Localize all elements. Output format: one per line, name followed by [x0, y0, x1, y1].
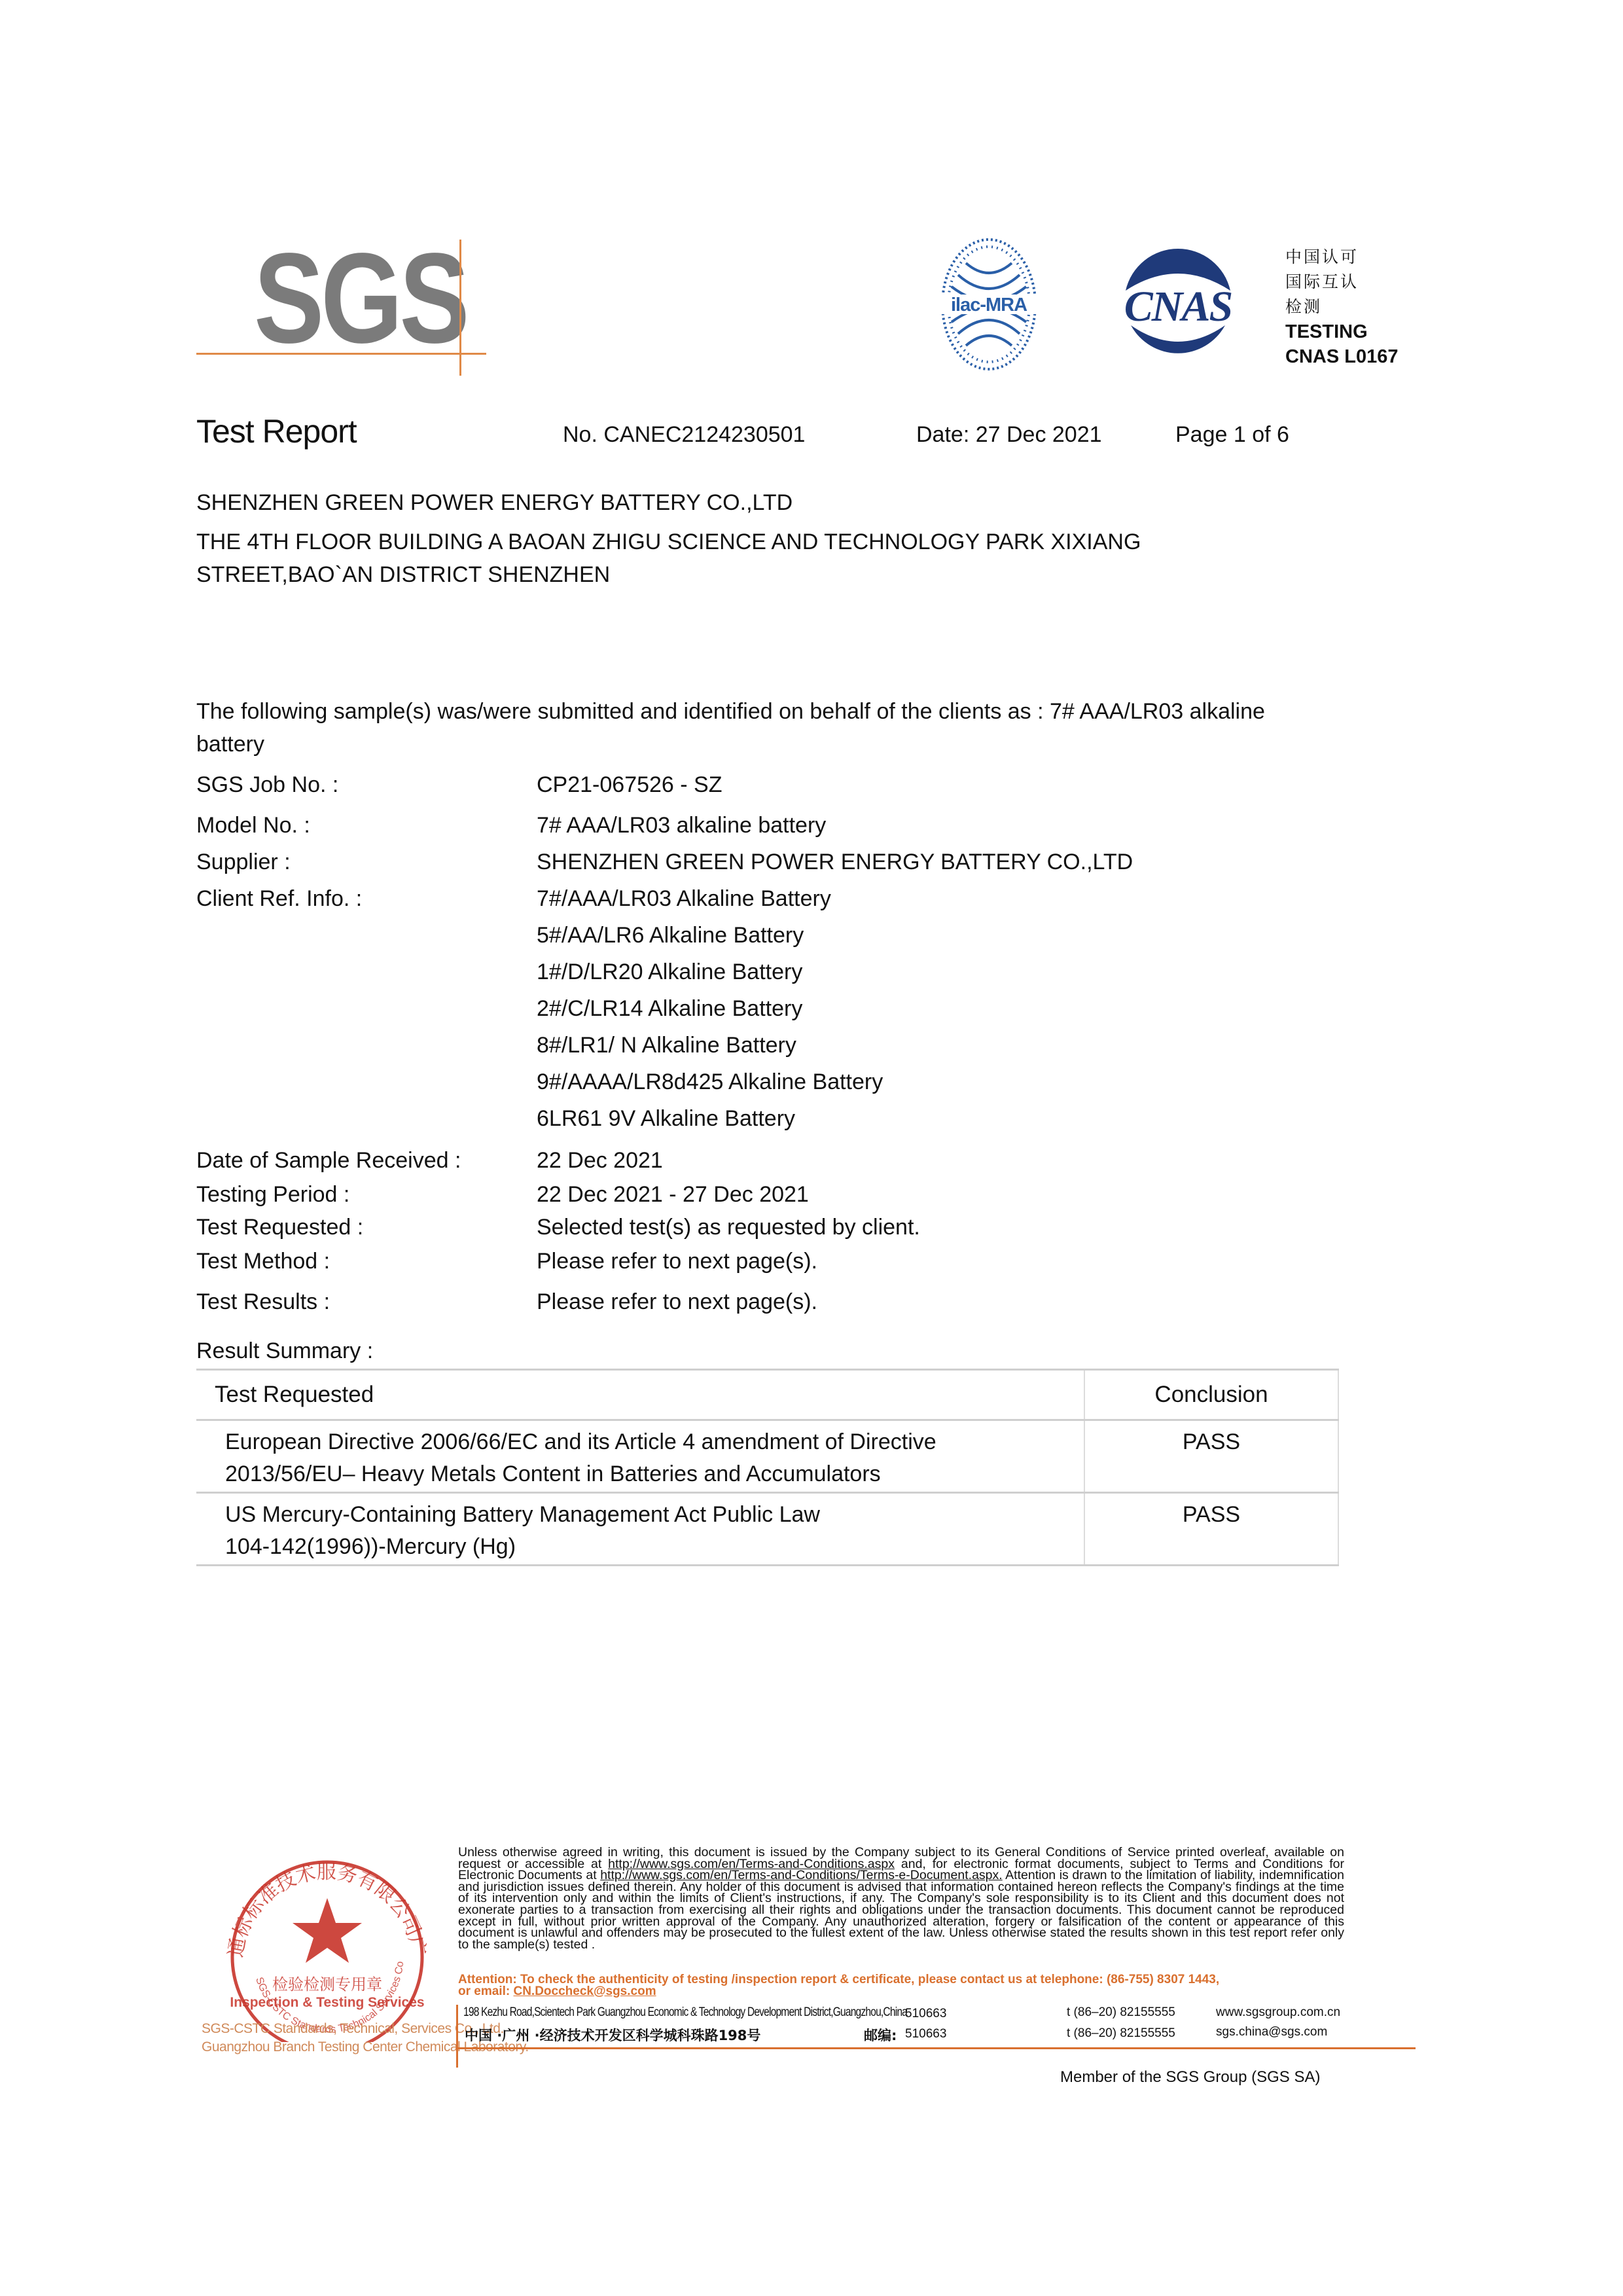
column-header-test: Test Requested: [196, 1370, 1084, 1420]
field-value: 22 Dec 2021 - 27 Dec 2021: [537, 1182, 809, 1208]
field-label: Date of Sample Received :: [196, 1148, 461, 1174]
footer-postcode-en: 510663: [905, 2007, 946, 2021]
result-summary-label: Result Summary :: [196, 1335, 373, 1367]
disclaimer-text: Attention is drawn to the limitation of …: [458, 1868, 1344, 1952]
column-header-conclusion: Conclusion: [1084, 1370, 1338, 1420]
cnas-text-line: 中国认可: [1285, 245, 1398, 270]
doccheck-email-link[interactable]: CN.Doccheck@sgs.com: [513, 1984, 656, 1998]
field-value: Selected test(s) as requested by client.: [537, 1215, 920, 1240]
official-stamp: 通标标准技术服务有限公司广州分公司 检验检测专用章 Inspection & T…: [202, 1852, 450, 2068]
field-label: Test Method :: [196, 1249, 330, 1274]
field-label: Test Requested :: [196, 1215, 363, 1240]
page-indicator: Page 1 of 6: [1175, 422, 1289, 448]
field-label: Test Results :: [196, 1289, 330, 1315]
client-ref-item: 8#/LR1/ N Alkaline Battery: [537, 1033, 796, 1058]
client-ref-item: 6LR61 9V Alkaline Battery: [537, 1106, 795, 1132]
footer-website[interactable]: www.sgsgroup.com.cn: [1216, 2005, 1340, 2020]
client-ref-item: 5#/AA/LR6 Alkaline Battery: [537, 923, 804, 948]
test-cell: European Directive 2006/66/EC and its Ar…: [196, 1420, 1084, 1493]
cnas-text-line: 国际互认: [1285, 270, 1398, 295]
cnas-text-line: TESTING: [1285, 319, 1398, 344]
client-ref-item: 2#/C/LR14 Alkaline Battery: [537, 996, 802, 1022]
field-value: Please refer to next page(s).: [537, 1249, 817, 1274]
result-summary-table: Test Requested Conclusion European Direc…: [196, 1369, 1339, 1566]
field-value: CP21-067526 - SZ: [537, 772, 722, 798]
footer-phone-en: t (86–20) 82155555: [1067, 2005, 1175, 2020]
footer-address-cn: 中国 ·广州 ·经济技术开发区科学城科珠路198号: [465, 2025, 760, 2045]
footer-postcode-cn-label: 邮编:: [864, 2025, 897, 2045]
client-address-line: STREET,BAO`AN DISTRICT SHENZHEN: [196, 559, 1141, 592]
stamp-center-cn: 检验检测专用章: [272, 1975, 382, 1994]
table-row: US Mercury-Containing Battery Management…: [196, 1493, 1338, 1566]
star-icon: [293, 1898, 362, 1963]
cnas-accreditation-text: 中国认可 国际互认 检测 TESTING CNAS L0167: [1285, 245, 1398, 369]
footer-horizontal-rule: [456, 2047, 1416, 2049]
field-value: SHENZHEN GREEN POWER ENERGY BATTERY CO.,…: [537, 850, 1133, 875]
field-label: Model No. :: [196, 813, 310, 838]
client-block: SHENZHEN GREEN POWER ENERGY BATTERY CO.,…: [196, 487, 1141, 592]
stamp-caption-line: SGS-CSTC Standards, Technical, Services …: [202, 2021, 450, 2037]
legal-disclaimer: Unless otherwise agreed in writing, this…: [458, 1847, 1344, 1950]
client-address-line: THE 4TH FLOOR BUILDING A BAOAN ZHIGU SCI…: [196, 526, 1141, 559]
table-header-row: Test Requested Conclusion: [196, 1370, 1338, 1420]
field-value: Please refer to next page(s).: [537, 1289, 817, 1315]
cnas-logo: CNAS: [1113, 243, 1243, 368]
attention-email-prefix: or email:: [458, 1984, 513, 1998]
table-row: European Directive 2006/66/EC and its Ar…: [196, 1420, 1338, 1493]
client-ref-item: 1#/D/LR20 Alkaline Battery: [537, 960, 802, 985]
client-name: SHENZHEN GREEN POWER ENERGY BATTERY CO.,…: [196, 487, 1141, 526]
field-label: SGS Job No. :: [196, 772, 338, 798]
stamp-caption-line: Guangzhou Branch Testing Center Chemical…: [202, 2039, 450, 2055]
footer-vertical-rule: [456, 2005, 458, 2068]
footer-postcode-cn: 510663: [905, 2027, 946, 2041]
logo-vertical-rule: [459, 240, 461, 376]
field-label: Testing Period :: [196, 1182, 349, 1208]
client-ref-item: 7#/AAA/LR03 Alkaline Battery: [537, 886, 831, 912]
sgs-group-membership: Member of the SGS Group (SGS SA): [1060, 2068, 1320, 2087]
authenticity-notice: Attention: To check the authenticity of …: [458, 1974, 1348, 1997]
client-ref-item: 9#/AAAA/LR8d425 Alkaline Battery: [537, 1069, 883, 1095]
ilac-mra-logo: ilac-MRA: [940, 237, 1038, 372]
sample-intro: The following sample(s) was/were submitt…: [196, 695, 1309, 761]
field-label: Supplier :: [196, 850, 291, 875]
sgs-wordmark: SGS: [254, 234, 467, 363]
test-line: 104-142(1996))-Mercury (Hg): [225, 1531, 1084, 1563]
field-label: Client Ref. Info. :: [196, 886, 362, 912]
sgs-logo: SGS: [196, 216, 491, 367]
test-line: 2013/56/EU– Heavy Metals Content in Batt…: [225, 1458, 1084, 1490]
conclusion-cell: PASS: [1084, 1493, 1338, 1566]
cnas-number: CNAS L0167: [1285, 344, 1398, 369]
footer-email[interactable]: sgs.china@sgs.com: [1216, 2025, 1327, 2039]
report-number: No. CANEC2124230501: [563, 422, 805, 448]
cnas-label: CNAS: [1124, 283, 1232, 331]
ilac-label: ilac-MRA: [951, 295, 1027, 315]
field-value: 7# AAA/LR03 alkaline battery: [537, 813, 826, 838]
report-date: Date: 27 Dec 2021: [916, 422, 1102, 448]
document-title: Test Report: [196, 412, 357, 450]
footer-address-en: 198 Kezhu Road,Scientech Park Guangzhou …: [463, 2005, 907, 2020]
test-line: European Directive 2006/66/EC and its Ar…: [225, 1426, 1084, 1458]
footer-phone-cn: t (86–20) 82155555: [1067, 2026, 1175, 2041]
field-value: 22 Dec 2021: [537, 1148, 663, 1174]
conclusion-cell: PASS: [1084, 1420, 1338, 1493]
logo-horizontal-rule: [196, 353, 486, 355]
test-line: US Mercury-Containing Battery Management…: [225, 1499, 1084, 1531]
stamp-center-en: Inspection & Testing Services: [230, 1995, 424, 2010]
cnas-text-line: 检测: [1285, 295, 1398, 319]
test-cell: US Mercury-Containing Battery Management…: [196, 1493, 1084, 1566]
